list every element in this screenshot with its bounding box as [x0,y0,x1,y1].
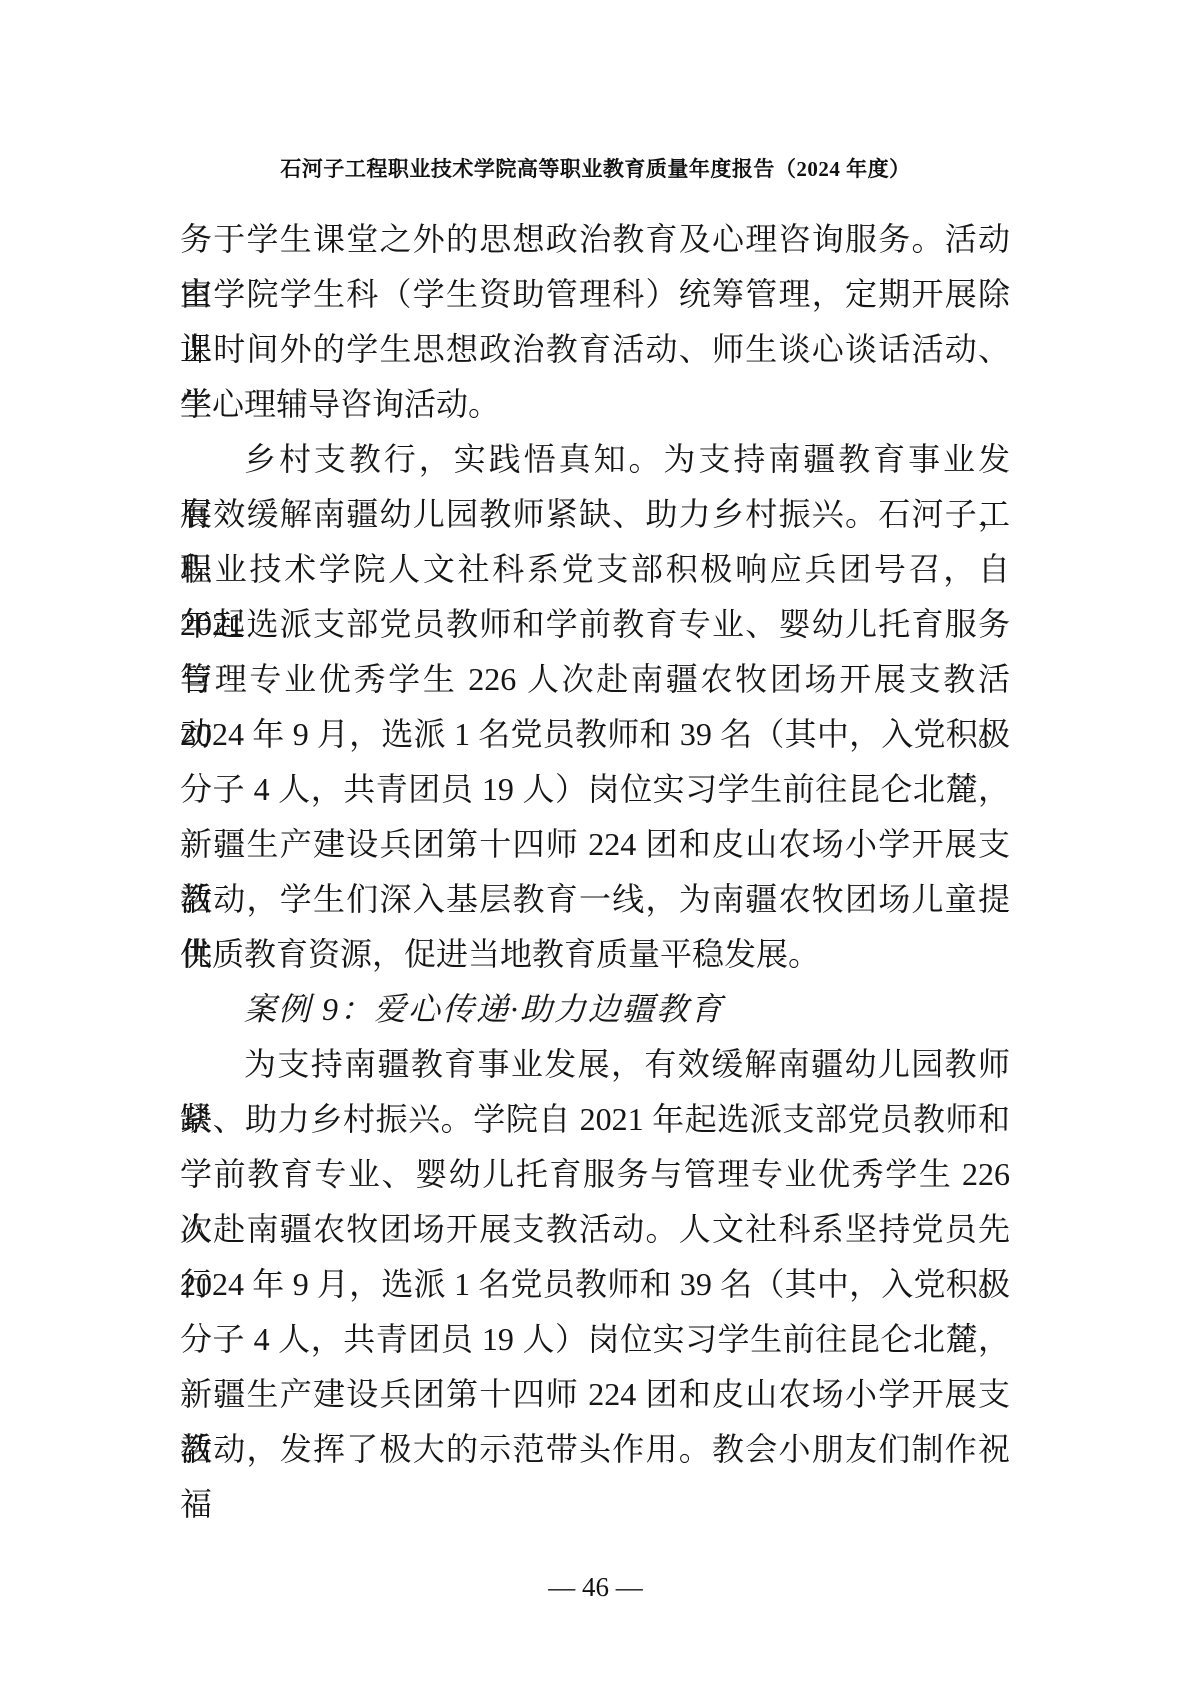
text-line: 职业技术学院人文社科系党支部积极响应兵团号召，自 2021 [180,542,1010,597]
text-line: 2024 年 9 月，选派 1 名党员教师和 39 名（其中，入党积极 [180,1257,1010,1312]
text-line: 分子 4 人，共青团员 19 人）岗位实习学生前往昆仑北麓， [180,762,1010,817]
text-line: 为支持南疆教育事业发展，有效缓解南疆幼儿园教师紧 [180,1037,1010,1092]
document-page: 石河子工程职业技术学院高等职业教育质量年度报告（2024 年度） 务于学生课堂之… [0,0,1191,1684]
page-footer: — 46 — [0,1572,1191,1603]
document-body: 务于学生课堂之外的思想政治教育及心理咨询服务。活动室由学院学生科（学生资助管理科… [180,212,1010,1477]
text-line: 有效缓解南疆幼儿园教师紧缺、助力乡村振兴。石河子工程 [180,487,1010,542]
text-line: 课时间外的学生思想政治教育活动、师生谈心谈话活动、学 [180,322,1010,377]
text-line: 生心理辅导咨询活动。 [180,377,1010,432]
text-line: 优质教育资源，促进当地教育质量平稳发展。 [180,927,1010,982]
text-line: 新疆生产建设兵团第十四师 224 团和皮山农场小学开展支教 [180,1367,1010,1422]
text-line: 次赴南疆农牧团场开展支教活动。人文社科系坚持党员先行。 [180,1202,1010,1257]
text-line: 管理专业优秀学生 226 人次赴南疆农牧团场开展支教活动。 [180,652,1010,707]
case-heading-line: 案例 9：爱心传递·助力边疆教育 [180,982,1010,1037]
text-line: 分子 4 人，共青团员 19 人）岗位实习学生前往昆仑北麓， [180,1312,1010,1367]
page-header: 石河子工程职业技术学院高等职业教育质量年度报告（2024 年度） [0,153,1191,183]
text-line: 由学院学生科（学生资助管理科）统筹管理，定期开展除上 [180,267,1010,322]
text-line: 务于学生课堂之外的思想政治教育及心理咨询服务。活动室 [180,212,1010,267]
text-line: 新疆生产建设兵团第十四师 224 团和皮山农场小学开展支教 [180,817,1010,872]
text-line: 年起选派支部党员教师和学前教育专业、婴幼儿托育服务与 [180,597,1010,652]
text-line: 2024 年 9 月，选派 1 名党员教师和 39 名（其中，入党积极 [180,707,1010,762]
text-line: 学前教育专业、婴幼儿托育服务与管理专业优秀学生 226 人 [180,1147,1010,1202]
text-line: 乡村支教行，实践悟真知。为支持南疆教育事业发展， [180,432,1010,487]
text-line: 活动，学生们深入基层教育一线，为南疆农牧团场儿童提供 [180,872,1010,927]
text-line: 活动，发挥了极大的示范带头作用。教会小朋友们制作祝福 [180,1422,1010,1477]
text-line: 缺、助力乡村振兴。学院自 2021 年起选派支部党员教师和 [180,1092,1010,1147]
